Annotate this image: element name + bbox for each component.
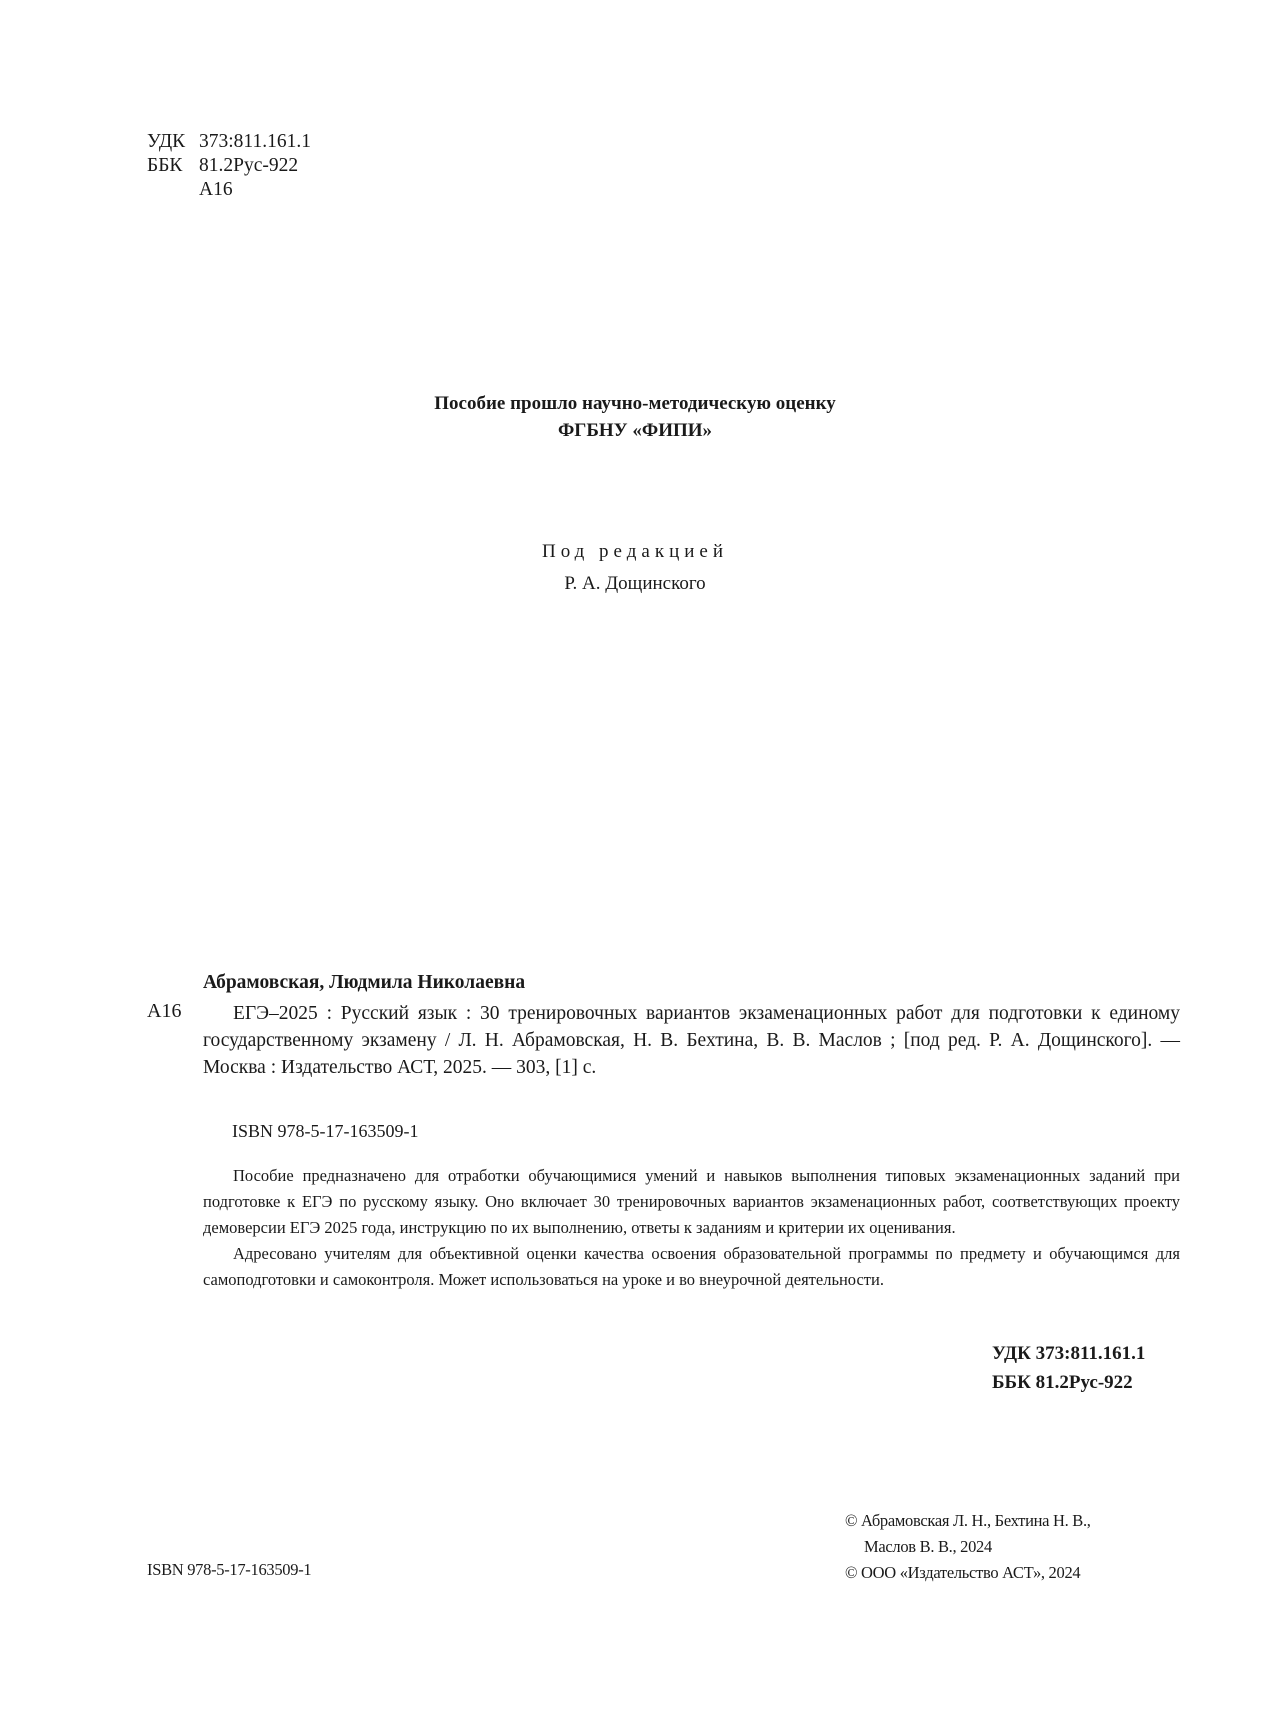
approval-notice: Пособие прошло научно-методическую оценк… — [0, 390, 1270, 444]
author-mark: А16 — [147, 178, 311, 202]
approval-line-2: ФГБНУ «ФИПИ» — [0, 417, 1270, 444]
bib-author-heading: Абрамовская, Людмила Николаевна — [203, 972, 525, 994]
editor-name: Р. А. Дощинского — [0, 568, 1270, 600]
bbk-row: ББК81.2Рус-922 — [147, 154, 311, 178]
editor-block: Под редакцией Р. А. Дощинского — [0, 536, 1270, 600]
copyright-block: © Абрамовская Л. Н., Бехтина Н. В., Масл… — [845, 1508, 1091, 1586]
bbk-label: ББК — [147, 154, 199, 178]
approval-line-1: Пособие прошло научно-методическую оценк… — [0, 390, 1270, 417]
bib-description: ЕГЭ–2025 : Русский язык : 30 тренировочн… — [203, 1000, 1180, 1081]
classification-block-right: УДК 373:811.161.1 ББК 81.2Рус-922 — [992, 1339, 1145, 1397]
udk-row: УДК373:811.161.1 — [147, 130, 311, 154]
bib-author-mark: А16 — [147, 1000, 181, 1023]
editor-label: Под редакцией — [0, 536, 1270, 568]
udk-label: УДК — [147, 130, 199, 154]
udk-right: УДК 373:811.161.1 — [992, 1339, 1145, 1368]
annotation-paragraph-1: Пособие предназначено для отработки обуч… — [203, 1163, 1180, 1241]
copyright-authors-line-2: Маслов В. В., 2024 — [845, 1534, 1091, 1560]
copyright-authors-line-1: © Абрамовская Л. Н., Бехтина Н. В., — [845, 1508, 1091, 1534]
bbk-right: ББК 81.2Рус-922 — [992, 1368, 1145, 1397]
footer-isbn: ISBN 978-5-17-163509-1 — [147, 1560, 311, 1580]
bbk-value: 81.2Рус-922 — [199, 155, 298, 176]
classification-block-top: УДК373:811.161.1 ББК81.2Рус-922 А16 — [147, 130, 311, 202]
copyright-publisher: © ООО «Издательство АСТ», 2024 — [845, 1560, 1091, 1586]
udk-value: 373:811.161.1 — [199, 131, 311, 152]
annotation-paragraph-2: Адресовано учителям для объективной оцен… — [203, 1241, 1180, 1293]
bib-description-text: ЕГЭ–2025 : Русский язык : 30 тренировочн… — [203, 1000, 1180, 1081]
annotation: Пособие предназначено для отработки обуч… — [203, 1163, 1180, 1293]
bib-isbn: ISBN 978-5-17-163509-1 — [232, 1121, 419, 1142]
